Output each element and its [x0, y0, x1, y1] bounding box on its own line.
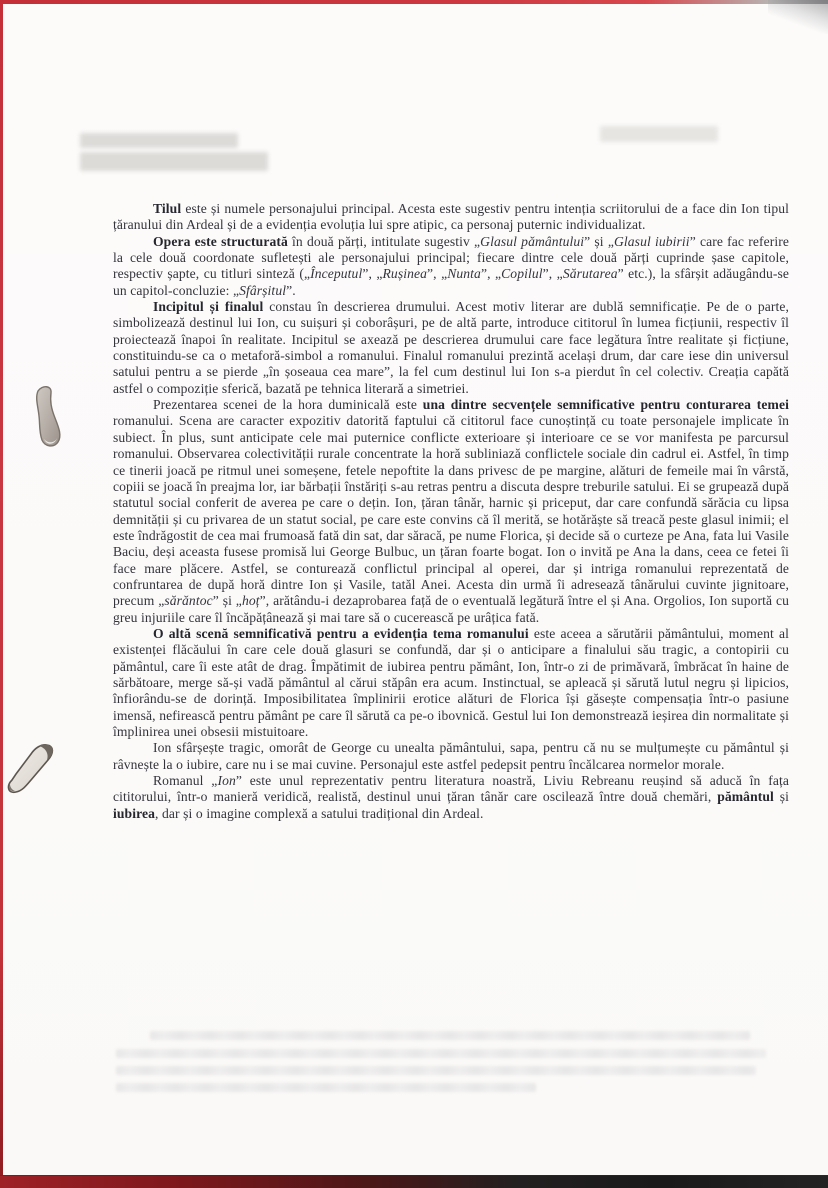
text-run: O altă scenă semnificativă pentru a evid…: [153, 626, 529, 641]
red-folder-edge-left: [0, 0, 3, 1188]
text-run: pământul: [717, 789, 774, 804]
paragraph: Tilul este și numele personajului princi…: [113, 201, 789, 234]
text-run: Incipitul și finalul: [153, 299, 263, 314]
text-run: iubirea: [113, 806, 155, 821]
text-run: Nunta: [447, 266, 481, 281]
paragraph: Romanul „Ion” este unul reprezentativ pe…: [113, 773, 789, 822]
text-run: sărăntoc: [164, 593, 212, 608]
text-run: este și numele personajului principal. A…: [113, 201, 789, 232]
text-run: Sărutarea: [563, 266, 618, 281]
folder-edge-bottom: [0, 1175, 828, 1188]
paragraph: Ion sfârșește tragic, omorât de George c…: [113, 740, 789, 773]
text-run: Prezentarea scenei de la hora duminicală…: [153, 397, 423, 412]
scan-artifact-sole-scrap-icon: [2, 738, 64, 798]
text-run: , dar și o imagine complexă a satului tr…: [155, 806, 484, 821]
scan-artifact-curved-scrap-icon: [24, 384, 72, 454]
bleed-through-ghost-text: [600, 126, 718, 142]
text-run: în două părți, intitulate sugestiv „: [288, 234, 480, 249]
text-run: Glasul pământului: [480, 234, 584, 249]
text-run: și: [774, 789, 789, 804]
text-run: hoț: [242, 593, 260, 608]
paragraph: Opera este structurată în două părți, in…: [113, 234, 789, 299]
text-run: romanului. Scena are caracter expozitiv …: [113, 413, 789, 608]
text-run: ”, „: [543, 266, 563, 281]
text-run: ”, „: [481, 266, 501, 281]
scanned-page: Tilul este și numele personajului princi…: [0, 0, 828, 1188]
document-body: Tilul este și numele personajului princi…: [113, 201, 789, 822]
text-run: Rușinea: [383, 266, 428, 281]
text-run: ”, „: [362, 266, 382, 281]
bleed-through-ghost-line: [116, 1083, 536, 1092]
text-run: Glasul iubirii: [614, 234, 690, 249]
text-run: Ion sfârșește tragic, omorât de George c…: [113, 740, 789, 771]
text-run: Începutul: [310, 266, 362, 281]
text-run: Romanul „: [153, 773, 217, 788]
paragraph: O altă scenă semnificativă pentru a evid…: [113, 626, 789, 740]
bleed-through-ghost-line: [116, 1049, 766, 1058]
text-run: ” și „: [584, 234, 614, 249]
scan-corner-shadow: [768, 0, 828, 34]
text-run: Tilul: [153, 201, 181, 216]
text-run: ”.: [286, 283, 296, 298]
text-run: Sfârșitul: [239, 283, 286, 298]
text-run: ” și „: [213, 593, 242, 608]
red-folder-edge-top: [0, 0, 828, 4]
bleed-through-ghost-line: [150, 1031, 750, 1040]
paragraph: Prezentarea scenei de la hora duminicală…: [113, 397, 789, 626]
text-run: este aceea a sărutării pământului, momen…: [113, 626, 789, 739]
text-run: Ion: [217, 773, 235, 788]
bleed-through-ghost-line: [116, 1066, 756, 1075]
text-run: una dintre secvențele semnificative pent…: [423, 397, 789, 412]
text-run: Opera este structurată: [153, 234, 288, 249]
paragraph: Incipitul și finalul constau în descrier…: [113, 299, 789, 397]
text-run: ”, „: [427, 266, 447, 281]
text-run: Copilul: [501, 266, 543, 281]
bleed-through-ghost-text: [80, 133, 238, 148]
bleed-through-ghost-text: [80, 152, 268, 171]
